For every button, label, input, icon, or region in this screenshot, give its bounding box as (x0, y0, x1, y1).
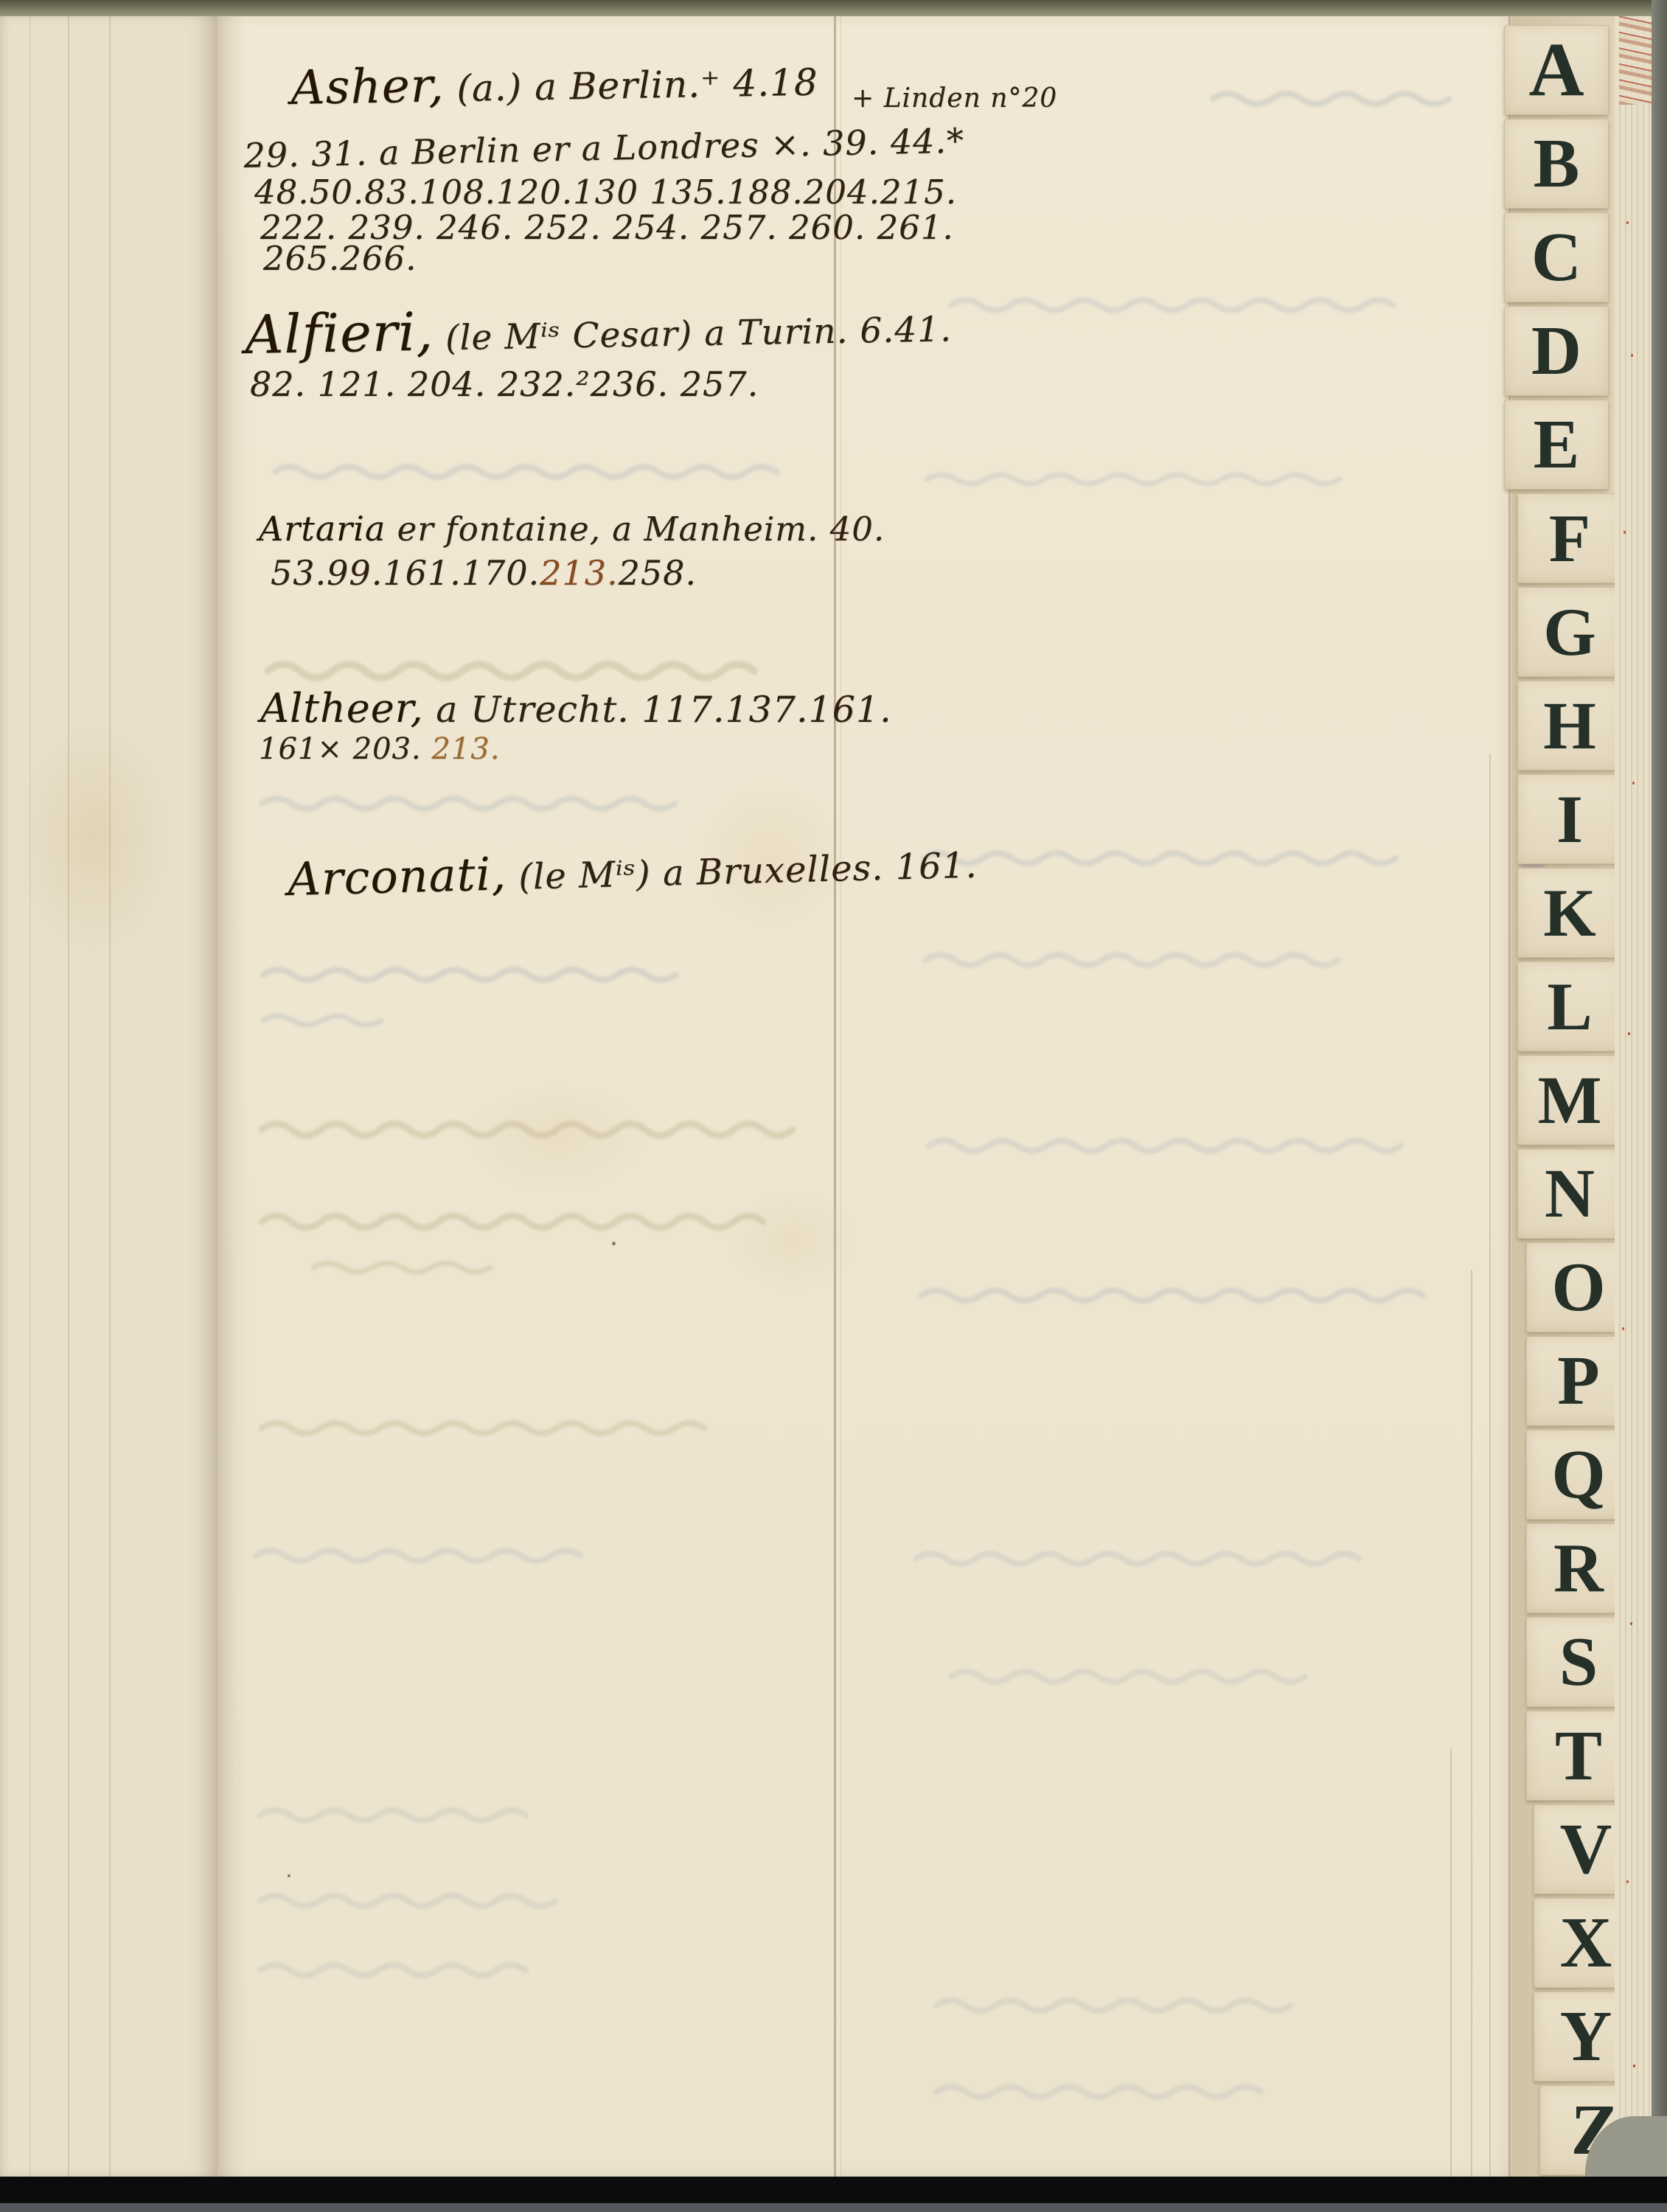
entry-asher-marginal-note: + Linden n°20 (852, 86, 1057, 112)
scanner-bed-strip (0, 2203, 1667, 2212)
tab-letter-a: A (1505, 26, 1608, 114)
alphabet-tab-c: C (1504, 212, 1609, 302)
alphabet-tab-g: G (1517, 587, 1622, 677)
page-fold-seam (1450, 1749, 1452, 2177)
entry-altheer-refs-line1: 161× 203. 213. (259, 734, 500, 764)
page-fold-seam (1471, 1270, 1472, 2177)
scanned-ledger-page: Asher, (a.) a Berlin.⁺ 4.18 + Linden n°2… (0, 0, 1667, 2212)
tab-letter-i: I (1518, 775, 1621, 863)
tab-letter-g: G (1518, 588, 1621, 676)
refs-segment-light-ink: 213. (431, 732, 500, 766)
alphabet-tab-h: H (1517, 681, 1622, 771)
ledger-page: Asher, (a.) a Berlin.⁺ 4.18 + Linden n°2… (217, 16, 1511, 2177)
tab-letter-m: M (1518, 1056, 1621, 1144)
tab-letter-e: E (1505, 400, 1608, 489)
entry-asher-name: Asher, (290, 58, 445, 116)
entry-altheer-name: Altheer, (260, 685, 424, 731)
entry-alfieri-details: (le Mⁱˢ Cesar) a Turin. 6.41. (445, 309, 953, 358)
alphabet-tab-f: F (1517, 493, 1622, 583)
tab-letter-c: C (1505, 213, 1608, 302)
paper-stain (726, 1189, 859, 1292)
entry-altheer-heading: Altheer, a Utrecht. 117.137.161. (260, 689, 892, 728)
tab-letter-f: F (1518, 494, 1621, 582)
entry-artaria-name: Artaria (259, 509, 386, 549)
tab-letter-d: D (1505, 307, 1608, 395)
alphabet-tab-a: A (1504, 25, 1609, 115)
tab-letter-k: K (1518, 869, 1621, 957)
tab-letter-h: H (1518, 681, 1621, 770)
alphabet-tab-l: L (1517, 961, 1622, 1051)
refs-segment: 53.99.161.170. (271, 553, 540, 593)
entry-artaria-heading: Artaria er fontaine, a Manheim. 40. (259, 512, 885, 546)
entry-arconati-details: (le Mⁱˢ) a Bruxelles. 161. (518, 845, 978, 898)
entry-artaria-refs-line1: 53.99.161.170.213.258. (271, 556, 697, 590)
entry-asher-refs-line1: 29. 31. a Berlin er a Londres ×. 39. 44.… (243, 124, 964, 173)
facing-page-edge (0, 16, 217, 2177)
marbled-edge-top (1619, 16, 1653, 105)
alphabet-tab-m: M (1517, 1055, 1622, 1145)
entry-alfieri-heading: Alfieri, (le Mⁱˢ Cesar) a Turin. 6.41. (245, 296, 953, 361)
entry-asher-refs-line4: 265.266. (263, 242, 417, 275)
alphabet-tab-d: D (1504, 306, 1609, 396)
book-fore-edge-pages (1615, 16, 1652, 2177)
entry-alfieri-refs-line1: 82. 121. 204. 232.²236. 257. (250, 367, 759, 401)
entry-asher-refs-line2: 48.50.83.108.120.130 135.188.204.215. (254, 175, 957, 209)
paper-stain (461, 1078, 652, 1196)
alphabet-tab-n: N (1517, 1149, 1622, 1239)
ink-fleck (288, 1874, 290, 1877)
entry-alfieri-name: Alfieri, (245, 301, 434, 366)
alphabet-tab-k: K (1517, 868, 1622, 958)
paper-stain (13, 717, 175, 960)
marbled-edge-speckles (1626, 221, 1629, 224)
entry-asher-heading: Asher, (a.) a Berlin.⁺ 4.18 (290, 56, 818, 112)
refs-segment: 161× 203. (259, 732, 431, 766)
entry-artaria-details: er fontaine, a Manheim. 40. (397, 509, 885, 549)
alphabet-tab-b: B (1504, 119, 1609, 209)
entry-arconati-name: Arconati, (287, 846, 507, 906)
alphabet-tab-e: E (1504, 400, 1609, 490)
tab-letter-b: B (1505, 119, 1608, 208)
book-cover-top-edge (0, 0, 1667, 18)
tab-letter-n: N (1518, 1150, 1621, 1238)
book-cover-right-edge (1652, 0, 1667, 2212)
tab-letter-l: L (1518, 962, 1621, 1051)
ink-fleck (612, 1242, 616, 1245)
page-fold-seam (1489, 754, 1491, 2177)
refs-segment-red-ink: 213. (540, 553, 618, 593)
entry-arconati-heading: Arconati, (le Mⁱˢ) a Bruxelles. 161. (287, 839, 978, 902)
entry-altheer-details: a Utrecht. 117.137.161. (436, 689, 891, 731)
page-crease (29, 16, 31, 2177)
refs-segment: 258. (619, 553, 697, 593)
page-crease (68, 16, 69, 2177)
entry-asher-details: (a.) a Berlin.⁺ 4.18 (456, 61, 818, 111)
page-crease (109, 16, 111, 2177)
alphabet-tab-i: I (1517, 774, 1622, 864)
